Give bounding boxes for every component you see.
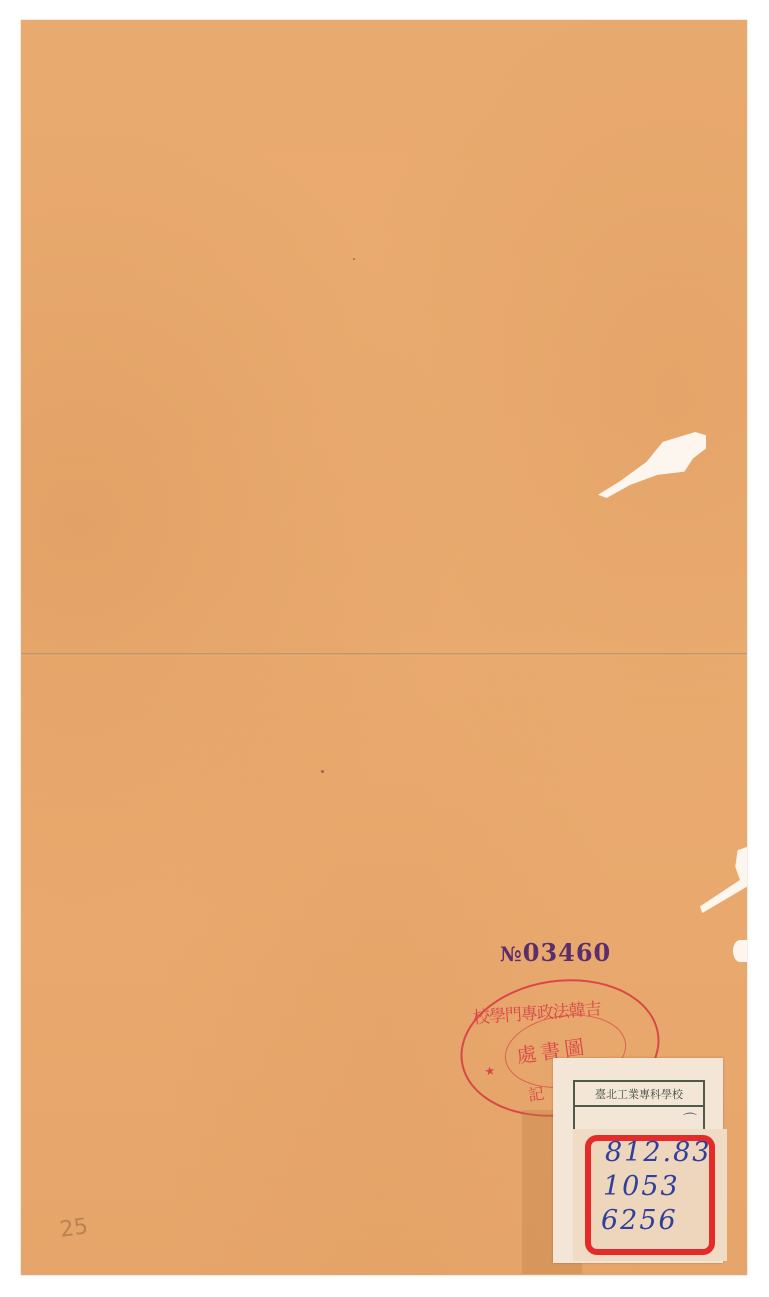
school-name-box: 臺北工業專科學校 ⌒ bbox=[573, 1080, 705, 1130]
call-number-class: 812.83 bbox=[605, 1137, 711, 1168]
paper-speck bbox=[353, 258, 355, 260]
numero-sign: № bbox=[500, 942, 523, 966]
paper-tear bbox=[700, 847, 747, 913]
call-number-frame: 812.83 1053 6256 bbox=[585, 1135, 715, 1255]
paper-speck bbox=[321, 770, 324, 773]
pen-mark: ⌒ bbox=[683, 1110, 697, 1130]
star-icon: ★ bbox=[484, 1063, 497, 1078]
call-number-item: 6256 bbox=[601, 1205, 678, 1236]
paper-tear bbox=[598, 432, 706, 498]
paper-fold-crease bbox=[21, 653, 747, 656]
stamp-record-text: 記 bbox=[527, 1081, 546, 1106]
accession-number-value: 03460 bbox=[523, 938, 612, 967]
paper-tear bbox=[733, 940, 747, 962]
school-name: 臺北工業專科學校 bbox=[575, 1082, 703, 1107]
call-number-author: 1053 bbox=[603, 1171, 680, 1202]
call-number-card: 812.83 1053 6256 bbox=[573, 1129, 727, 1261]
accession-number: №03460 bbox=[500, 938, 611, 967]
pencil-note: 25 bbox=[58, 1214, 89, 1243]
